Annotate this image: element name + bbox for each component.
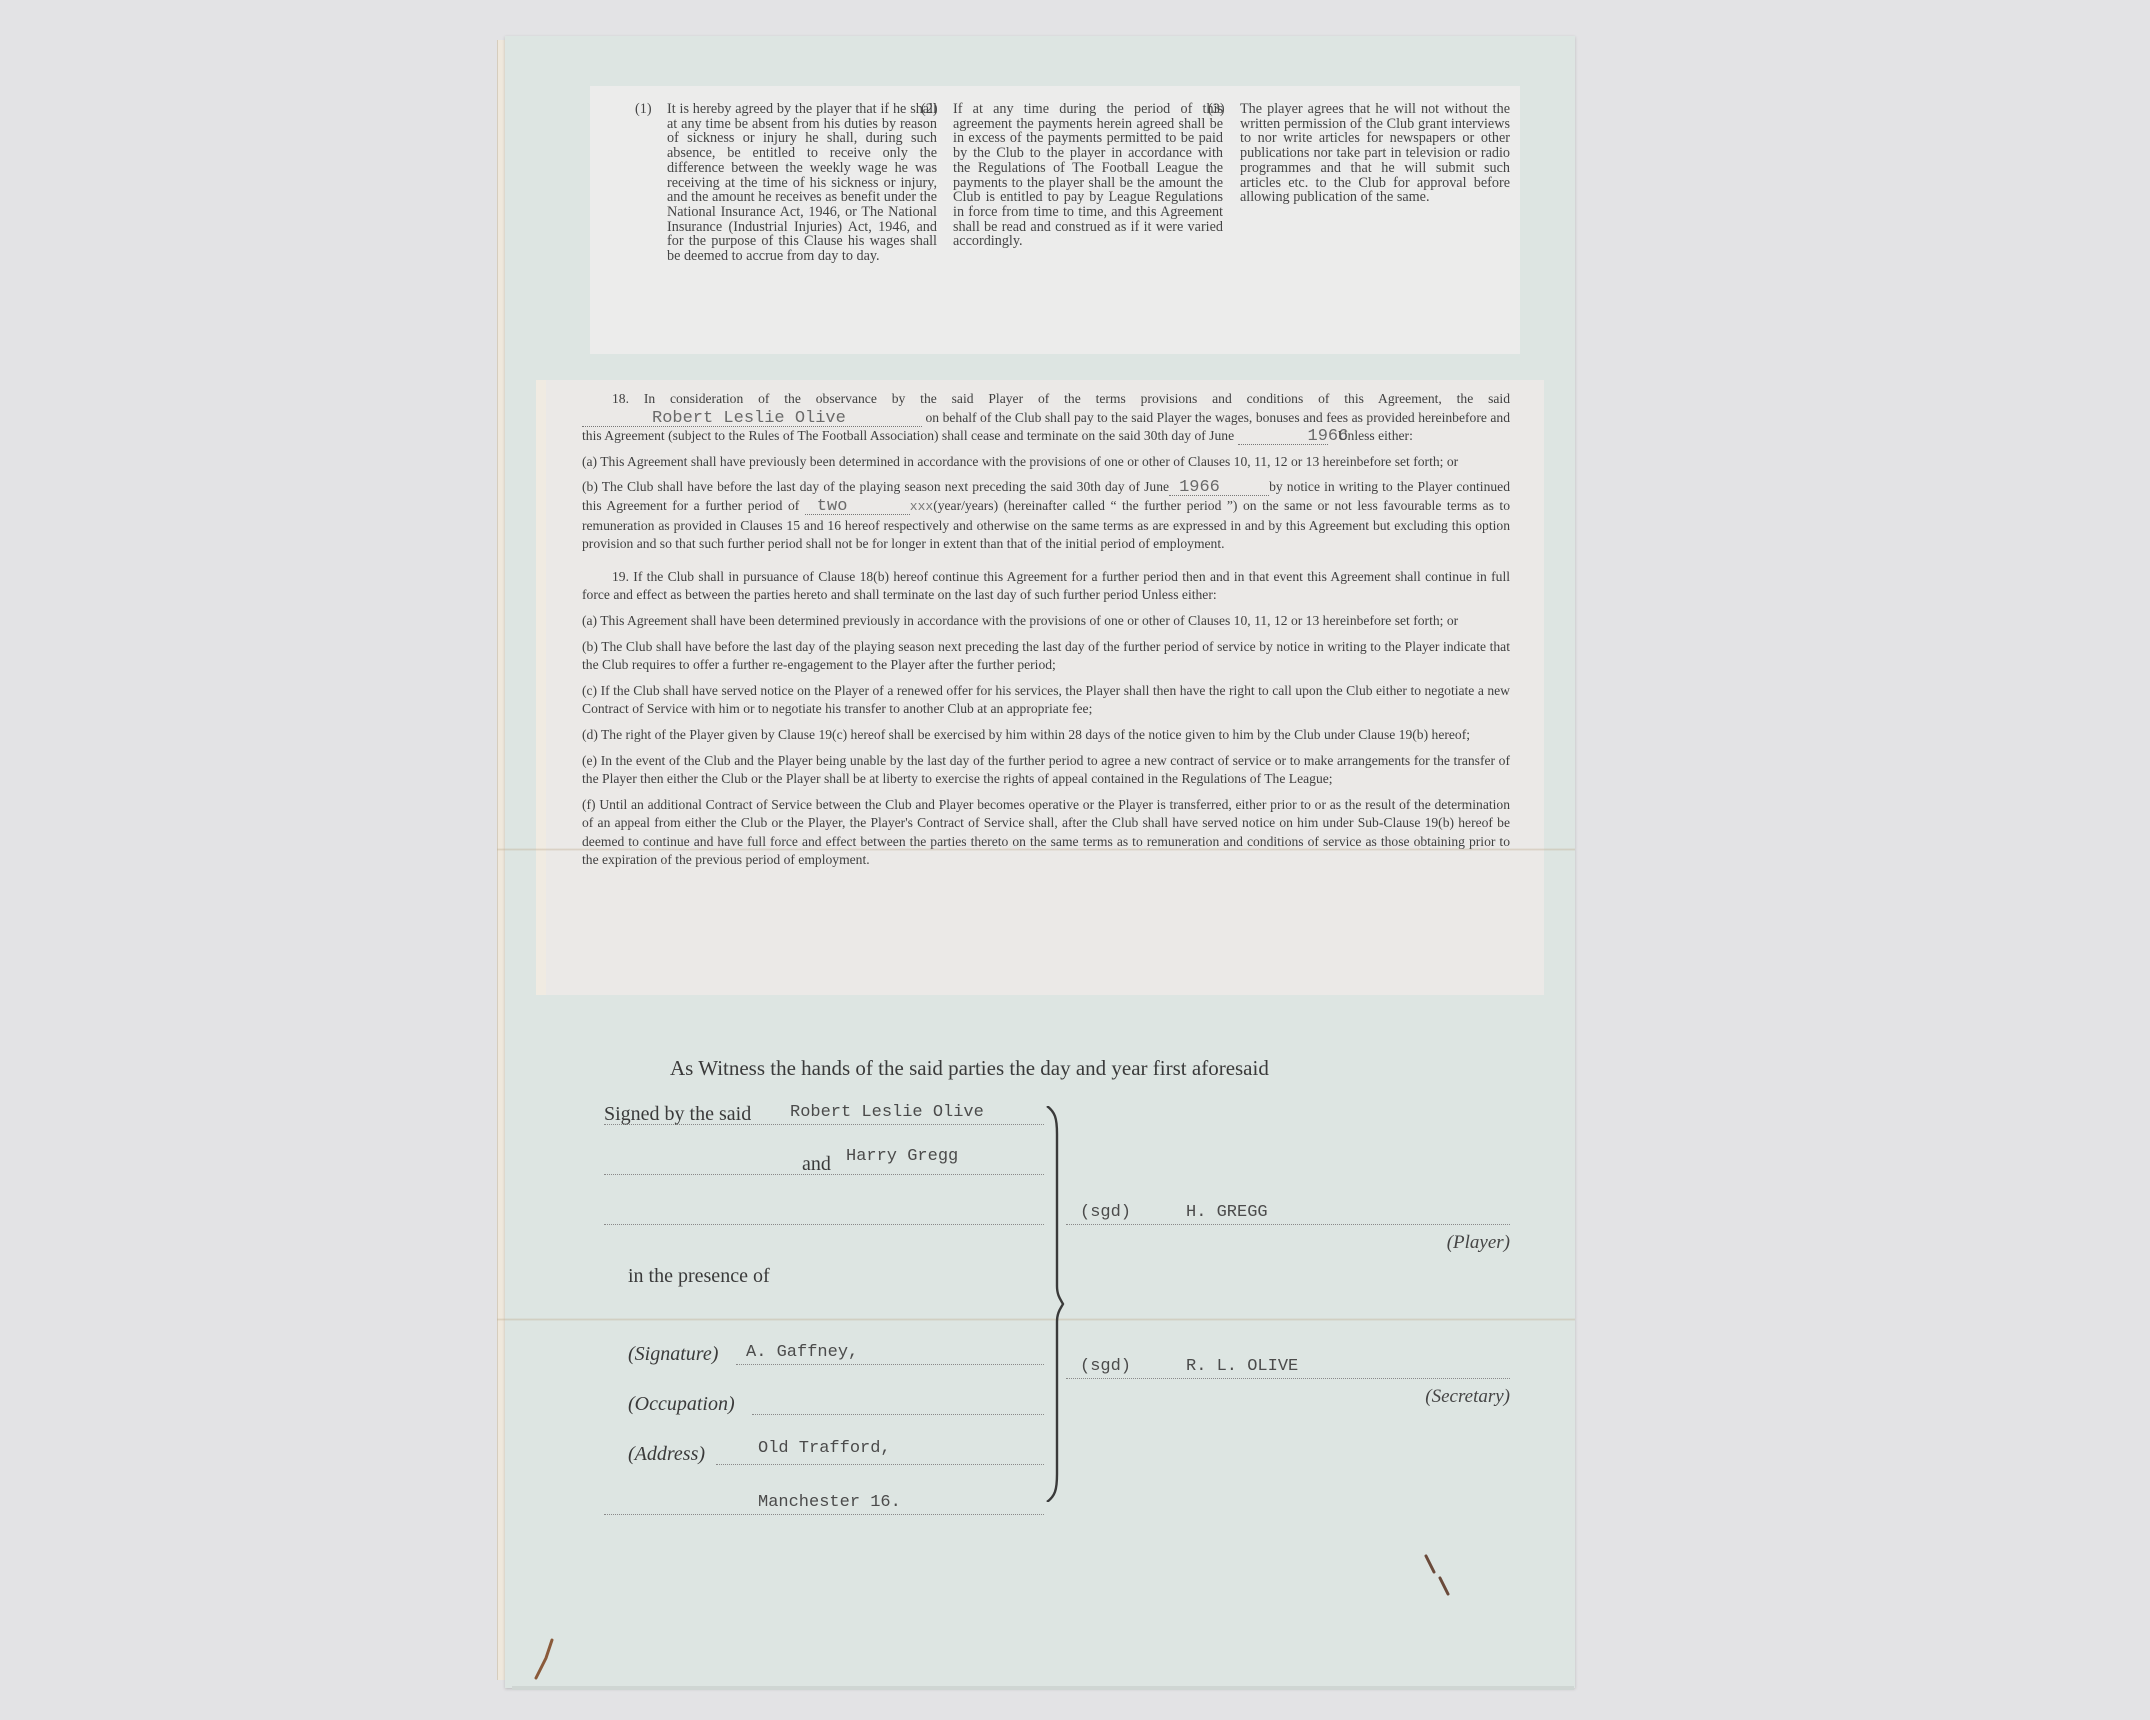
option-year-field: 1966 — [1169, 480, 1269, 496]
address-label: (Address) — [628, 1443, 705, 1466]
paper-fold — [497, 848, 1575, 851]
note-3: (3) The player agrees that he will not w… — [1240, 102, 1510, 205]
note-text: The player agrees that he will not witho… — [1240, 101, 1510, 205]
clause-18b: (b) The Club shall have before the last … — [582, 478, 1510, 553]
bracket — [1045, 1106, 1065, 1502]
address-line-2: Manchester 16. — [758, 1493, 901, 1512]
clause-18-intro: 18. In consideration of the observance b… — [612, 391, 1510, 406]
note-text: If at any time during the period of this… — [953, 101, 1223, 249]
presence-label: in the presence of — [628, 1265, 770, 1288]
clause-18a: (a) This Agreement shall have previously… — [582, 453, 1510, 472]
clause-19d: (d) The right of the Player given by Cla… — [582, 726, 1510, 745]
clause-19c: (c) If the Club shall have served notice… — [582, 682, 1510, 719]
presence-row: in the presence of — [604, 1260, 1044, 1286]
struck-out-text: xxx — [910, 499, 933, 514]
supplementary-clauses-panel: (1) It is hereby agreed by the player th… — [590, 86, 1520, 354]
address-row: (Address) Old Trafford, — [716, 1438, 1044, 1465]
note-number: (2) — [921, 102, 938, 117]
occupation-row: (Occupation) — [752, 1388, 1044, 1415]
clause-18: 18. In consideration of the observance b… — [582, 390, 1510, 446]
and-label: and — [802, 1153, 831, 1176]
period-unit: (year/years) — [933, 498, 998, 513]
secretary-signature: R. L. OLIVE — [1186, 1357, 1298, 1376]
address-row-2: Manchester 16. — [604, 1488, 1044, 1515]
clauses-panel: 18. In consideration of the observance b… — [536, 380, 1544, 995]
signature-label: (Signature) — [628, 1343, 718, 1366]
typed-year: 1966 — [1179, 478, 1220, 497]
note-2: (2) If at any time during the period of … — [953, 102, 1223, 249]
clause-19f: (f) Until an additional Contract of Serv… — [582, 796, 1510, 870]
note-number: (1) — [635, 102, 652, 117]
secretary-role-label: (Secretary) — [1425, 1386, 1510, 1408]
club-representative-field: Robert Leslie Olive — [582, 411, 922, 427]
paper-bottom-edge — [512, 1686, 1574, 1690]
further-period-field: two — [805, 499, 910, 515]
staple-icon — [1420, 1550, 1470, 1600]
address-line-1: Old Trafford, — [758, 1439, 891, 1458]
player-signature-line: (sgd) H. GREGG — [1066, 1198, 1510, 1225]
staple-icon — [530, 1636, 560, 1686]
paper-fold — [497, 1318, 1575, 1321]
and-name: Harry Gregg — [846, 1147, 958, 1166]
note-number: (3) — [1208, 102, 1225, 117]
sgd-label: (sgd) — [1080, 1357, 1131, 1376]
clause-18b-text: (b) The Club shall have before the last … — [582, 479, 1169, 494]
signed-by-name: Robert Leslie Olive — [790, 1103, 984, 1122]
player-role-label: (Player) — [1447, 1232, 1510, 1254]
clause-19a: (a) This Agreement shall have been deter… — [582, 612, 1510, 631]
unless-either: Unless either: — [1338, 428, 1413, 443]
note-1: (1) It is hereby agreed by the player th… — [667, 102, 937, 264]
signed-by-row: Signed by the said Robert Leslie Olive — [604, 1098, 1044, 1125]
signature-row: (Signature) A. Gaffney, — [736, 1338, 1044, 1365]
sgd-label: (sgd) — [1080, 1203, 1131, 1222]
typed-period: two — [817, 497, 848, 516]
player-signature: H. GREGG — [1186, 1203, 1268, 1222]
witness-heading: As Witness the hands of the said parties… — [670, 1056, 1269, 1081]
and-row: and Harry Gregg — [604, 1148, 1044, 1175]
witness-signature: A. Gaffney, — [746, 1343, 858, 1362]
occupation-label: (Occupation) — [628, 1393, 735, 1416]
clause-19e: (e) In the event of the Club and the Pla… — [582, 752, 1510, 789]
clause-19: 19. If the Club shall in pursuance of Cl… — [582, 568, 1510, 605]
blank-signature-row — [604, 1198, 1044, 1225]
secretary-signature-line: (sgd) R. L. OLIVE — [1066, 1352, 1510, 1379]
termination-year-field: 1966 — [1238, 429, 1328, 445]
typed-name: Robert Leslie Olive — [652, 409, 846, 428]
clause-19b: (b) The Club shall have before the last … — [582, 638, 1510, 675]
clauses-body: 18. In consideration of the observance b… — [582, 390, 1510, 877]
signed-by-label: Signed by the said — [604, 1103, 751, 1126]
note-text: It is hereby agreed by the player that i… — [667, 101, 937, 264]
